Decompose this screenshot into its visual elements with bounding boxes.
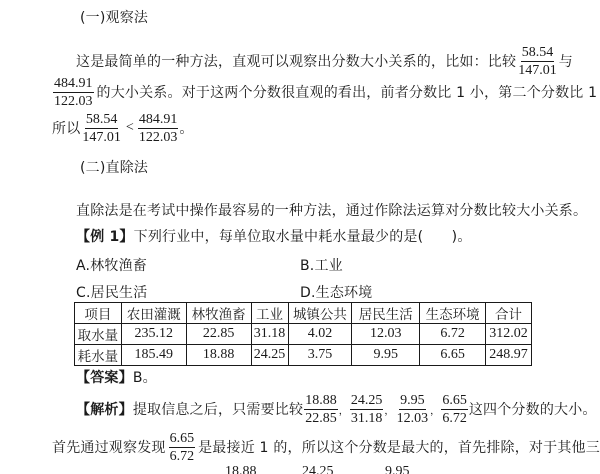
table-cell: 6.72 xyxy=(420,324,486,345)
numerator: 18.88 xyxy=(304,392,338,410)
fraction-24-25-over-31-18: 24.25 31.18 xyxy=(350,392,384,427)
example-label: 【例 1】 xyxy=(76,229,134,245)
fraction-9-95-over-12-03: 9.95 12.03 xyxy=(396,392,430,427)
table-cell: 18.88 xyxy=(186,345,251,366)
numerator: 484.91 xyxy=(53,75,94,93)
table-cell: 3.75 xyxy=(288,345,352,366)
table-cell: 185.49 xyxy=(121,345,186,366)
conclusion-prefix: 所以 xyxy=(52,118,80,138)
intro-paragraph: 直除法是在考试中操作最容易的一种方法，通过作除法运算对分数比较大小关系。 xyxy=(76,200,587,220)
separator: ， xyxy=(430,402,440,417)
answer-value: B。 xyxy=(133,370,157,386)
denominator: 6.72 xyxy=(169,448,196,465)
example-question: 【例 1】下列行业中，每单位取水量中耗水量最少的是( )。 xyxy=(76,226,472,246)
answer-line: 【答案】B。 xyxy=(76,367,157,387)
answer-label: 【答案】 xyxy=(76,370,133,386)
section-heading-direct-division: (二)直除法 xyxy=(80,157,148,177)
fraction-6-65-over-6-72: 6.65 6.72 xyxy=(169,430,196,465)
table-cell: 31.18 xyxy=(251,324,288,345)
header-cell: 项目 xyxy=(75,303,122,324)
denominator: 31.18 xyxy=(350,410,384,427)
analysis-text: 提取信息之后，只需要比较 xyxy=(133,399,303,419)
table-row: 耗水量 185.49 18.88 24.25 3.75 9.95 6.65 24… xyxy=(75,345,532,366)
question-text: 下列行业中，每单位取水量中耗水量最少的是( )。 xyxy=(134,229,472,245)
header-cell: 居民生活 xyxy=(352,303,420,324)
table-cell: 12.03 xyxy=(352,324,420,345)
table-cell: 6.65 xyxy=(420,345,486,366)
fraction-6-65-over-6-72: 6.65 6.72 xyxy=(441,392,468,427)
numerator: 484.91 xyxy=(138,111,179,129)
table-cell: 22.85 xyxy=(186,324,251,345)
denominator: 12.03 xyxy=(396,410,430,427)
less-than-sign: < xyxy=(126,120,134,136)
header-cell: 生态环境 xyxy=(420,303,486,324)
observe-prefix: 首先通过观察发现 xyxy=(52,437,166,457)
fraction-484-91-over-122-03: 484.91 122.03 xyxy=(138,111,179,146)
header-cell: 工业 xyxy=(251,303,288,324)
separator: ， xyxy=(384,402,394,417)
option-b: B.工业 xyxy=(300,255,343,275)
denominator: 122.03 xyxy=(138,129,179,146)
table-cell: 4.02 xyxy=(288,324,352,345)
header-cell: 林牧渔畜 xyxy=(186,303,251,324)
option-d: D.生态环境 xyxy=(300,282,372,302)
numerator: 58.54 xyxy=(85,111,119,129)
header-cell: 城镇公共 xyxy=(288,303,352,324)
water-usage-table: 项目 农田灌溉 林牧渔畜 工业 城镇公共 居民生活 生态环境 合计 取水量 23… xyxy=(74,302,532,366)
table-cell: 235.12 xyxy=(121,324,186,345)
option-c: C.居民生活 xyxy=(76,282,147,302)
separator: ， xyxy=(339,402,349,417)
numerator: 6.65 xyxy=(441,392,468,410)
analysis-line: 【解析】 提取信息之后，只需要比较 18.88 22.85 ， 24.25 31… xyxy=(76,390,597,428)
option-a: A.林牧渔畜 xyxy=(76,255,147,275)
row-label: 取水量 xyxy=(75,324,122,345)
analysis-suffix: 这四个分数的大小。 xyxy=(469,399,597,419)
analysis-label: 【解析】 xyxy=(76,399,133,419)
row-label: 耗水量 xyxy=(75,345,122,366)
table-header-row: 项目 农田灌溉 林牧渔畜 工业 城镇公共 居民生活 生态环境 合计 xyxy=(75,303,532,324)
observe-suffix: 是最接近 1 的，所以这个分数是最大的，首先排除，对于其他三个 xyxy=(198,437,600,457)
fraction-18-88-over-22-85: 18.88 22.85 xyxy=(304,392,338,427)
conclusion-line: 所以 58.54 147.01 < 484.91 122.03 。 xyxy=(52,110,194,146)
paragraph-line-2: 484.91 122.03 的大小关系。对于这两个分数很直观的看出，前者分数比 … xyxy=(52,74,600,110)
denominator: 147.01 xyxy=(81,129,122,146)
denominator: 22.85 xyxy=(304,410,338,427)
table-cell: 312.02 xyxy=(485,324,531,345)
fraction-58-54-over-147-01: 58.54 147.01 xyxy=(81,111,122,146)
section-heading-observation: (一)观察法 xyxy=(80,7,148,27)
denominator: 122.03 xyxy=(53,93,94,110)
table-cell: 24.25 xyxy=(251,345,288,366)
numerator: 9.95 xyxy=(399,392,426,410)
paragraph-text: 的大小关系。对于这两个分数很直观的看出，前者分数比 1 小，第二个分数比 1 大… xyxy=(97,82,600,102)
numerator: 6.65 xyxy=(169,430,196,448)
numerator: 24.25 xyxy=(350,392,384,410)
observation-line: 首先通过观察发现 6.65 6.72 是最接近 1 的，所以这个分数是最大的，首… xyxy=(52,428,600,466)
table-cell: 9.95 xyxy=(352,345,420,366)
cutoff-numerator-3: 9.95 xyxy=(385,464,410,474)
numerator: 58.54 xyxy=(521,44,555,62)
fraction-484-91-over-122-03: 484.91 122.03 xyxy=(53,75,94,110)
cutoff-numerator-2: 24.25 xyxy=(302,464,334,474)
table-cell: 248.97 xyxy=(485,345,531,366)
header-cell: 农田灌溉 xyxy=(121,303,186,324)
table-row: 取水量 235.12 22.85 31.18 4.02 12.03 6.72 3… xyxy=(75,324,532,345)
period: 。 xyxy=(179,118,193,138)
header-cell: 合计 xyxy=(485,303,531,324)
connector-text: 与 xyxy=(559,51,573,71)
paragraph-text: 这是最简单的一种方法，直观可以观察出分数大小关系的，比如：比较 xyxy=(76,51,516,71)
denominator: 6.72 xyxy=(441,410,468,427)
cutoff-numerator-1: 18.88 xyxy=(225,464,257,474)
